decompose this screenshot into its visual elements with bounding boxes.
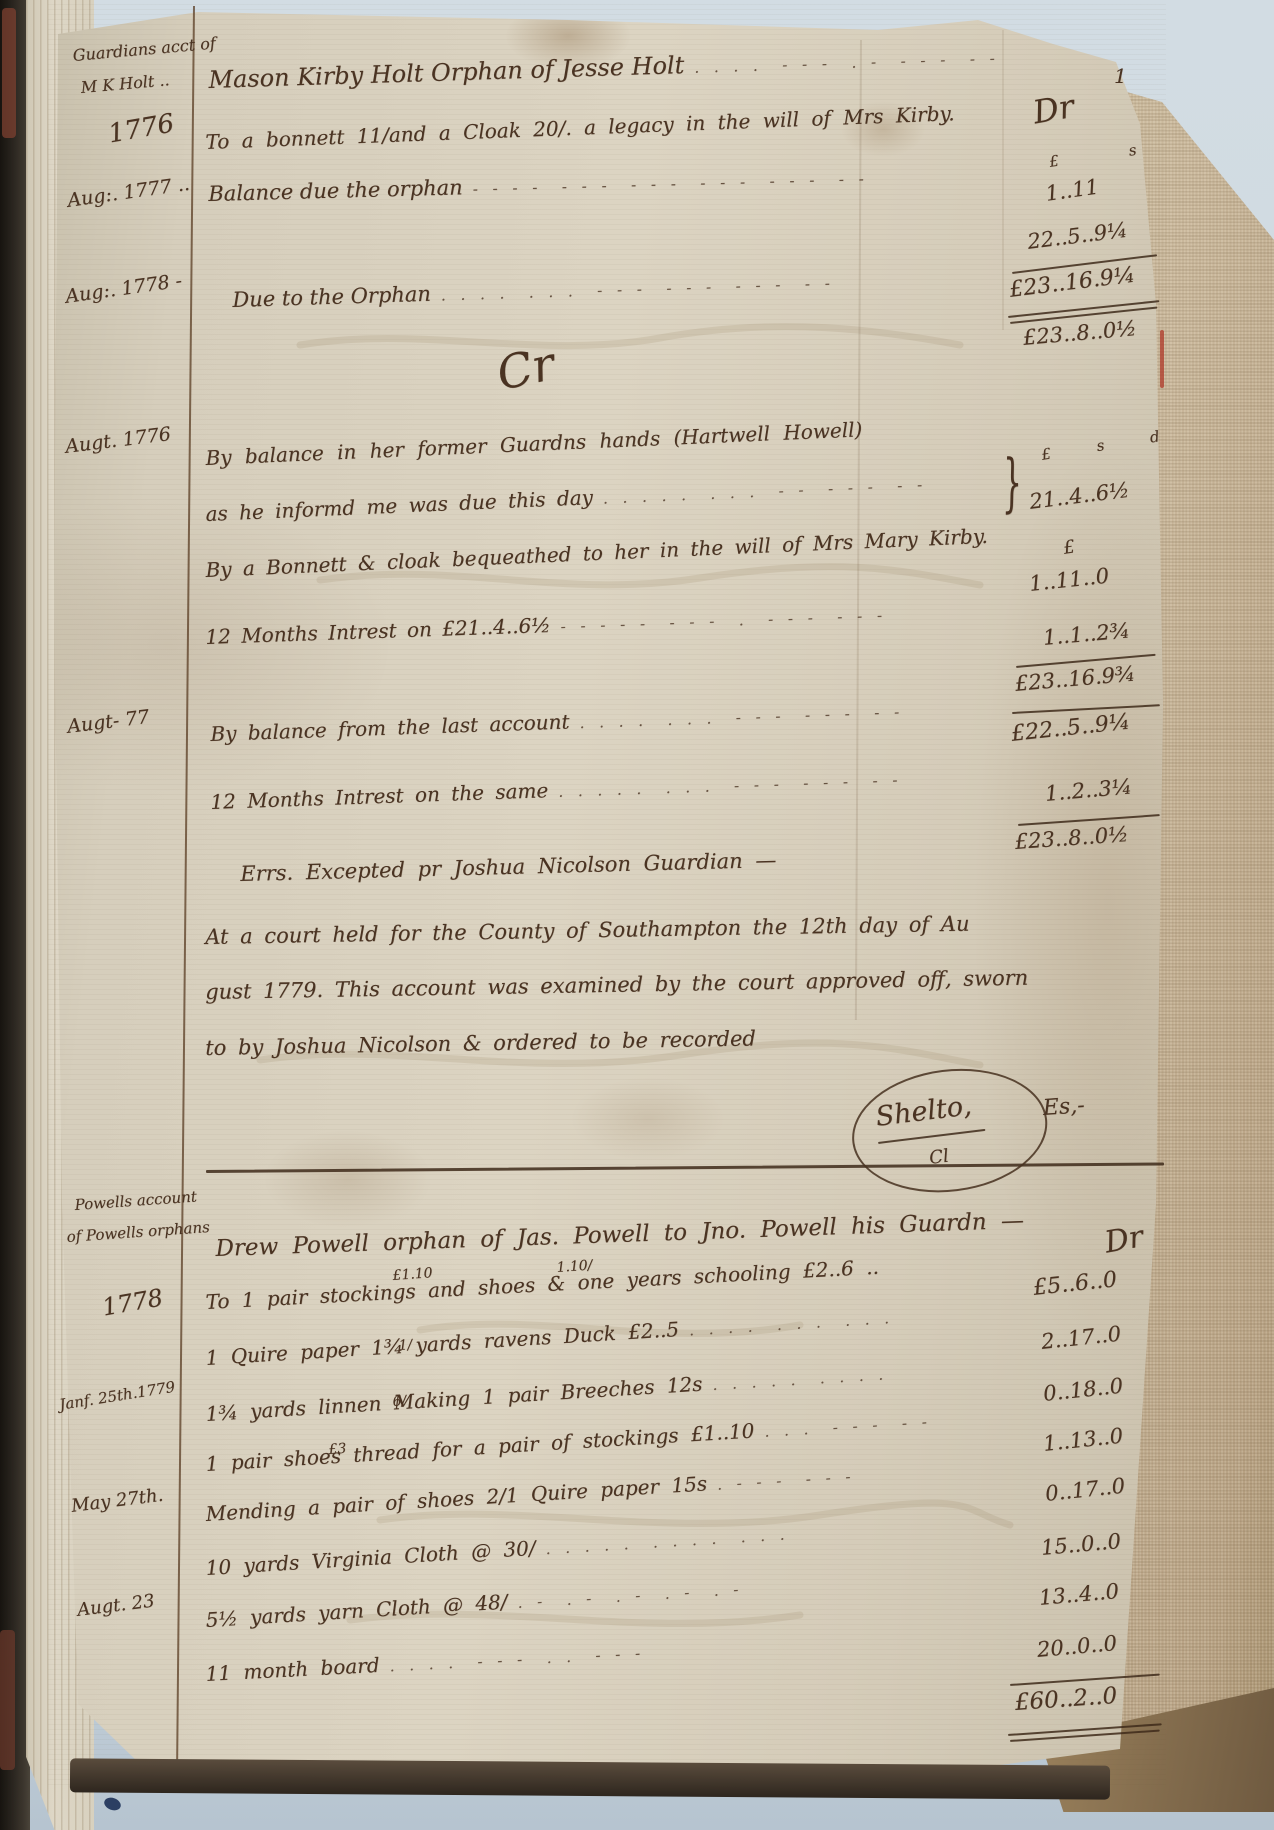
- dr-label: Dr: [1102, 1219, 1146, 1260]
- signature-suffix: Es,-: [1042, 1093, 1085, 1121]
- ledger-photo: 1 Guardians acct of M K Holt .. Mason Ki…: [0, 0, 1274, 1830]
- clerk-abbreviation: Cl: [928, 1146, 950, 1169]
- spine-red-mark: [0, 1630, 15, 1770]
- amount-column-crease: [1002, 30, 1004, 330]
- dr-label: Dr: [1030, 87, 1077, 132]
- red-edge-mark: [1160, 330, 1164, 388]
- page-number: 1: [1114, 64, 1127, 88]
- book-bottom-edge: [70, 1758, 1110, 1799]
- spine-red-mark: [2, 8, 16, 138]
- blue-object: [102, 1795, 122, 1812]
- book-spine: [0, 0, 30, 1830]
